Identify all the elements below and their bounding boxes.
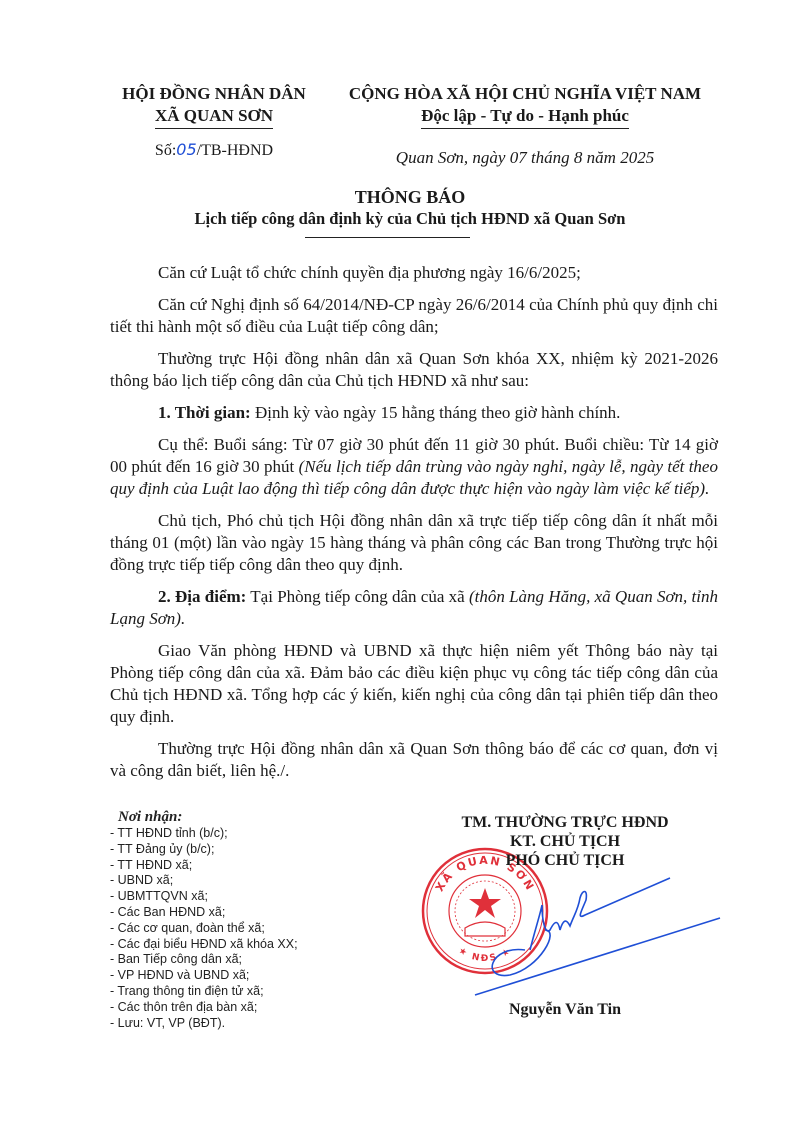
recipient-item: - VP HĐND và UBND xã; (110, 968, 370, 984)
number-suffix: /TB-HĐND (197, 142, 273, 159)
section-text: Tại Phòng tiếp công dân của xã (246, 587, 469, 606)
recipients-title: Nơi nhận: (118, 808, 370, 826)
recipient-item: - TT HĐND xã; (110, 858, 370, 874)
recipient-item: - Các Ban HĐND xã; (110, 905, 370, 921)
recipient-item: - Trang thông tin điện tử xã; (110, 984, 370, 1000)
national-motto: CỘNG HÒA XÃ HỘI CHỦ NGHĨA VIỆT NAM Độc l… (330, 83, 720, 129)
paragraph: Thường trực Hội đồng nhân dân xã Quan Sơ… (110, 738, 718, 782)
document-title: THÔNG BÁO Lịch tiếp công dân định kỳ của… (100, 186, 720, 230)
recipient-item: - Lưu: VT, VP (BĐT). (110, 1016, 370, 1032)
document-body: Căn cứ Luật tổ chức chính quyền địa phươ… (110, 262, 718, 792)
paragraph: Chủ tịch, Phó chủ tịch Hội đồng nhân dân… (110, 510, 718, 576)
section-location: 2. Địa điểm: Tại Phòng tiếp công dân của… (110, 586, 718, 630)
agency-name: HỘI ĐỒNG NHÂN DÂN (108, 83, 320, 105)
recipient-item: - Các cơ quan, đoàn thể xã; (110, 921, 370, 937)
number-prefix: Số: (155, 142, 176, 159)
recipient-item: - Các đại biểu HĐND xã khóa XX; (110, 937, 370, 953)
country-name: CỘNG HÒA XÃ HỘI CHỦ NGHĨA VIỆT NAM (330, 83, 720, 105)
issuing-agency: HỘI ĐỒNG NHÂN DÂN XÃ QUAN SƠN (108, 83, 320, 129)
paragraph: Cụ thể: Buổi sáng: Từ 07 giờ 30 phút đến… (110, 434, 718, 500)
title-divider (305, 237, 470, 238)
agency-commune: XÃ QUAN SƠN (155, 105, 273, 129)
paragraph: Giao Văn phòng HĐND và UBND xã thực hiện… (110, 640, 718, 728)
document-number: Số:05/TB-HĐND (108, 140, 320, 160)
signature-line-2: KT. CHỦ TỊCH (420, 832, 710, 851)
section-time: 1. Thời gian: Định kỳ vào ngày 15 hằng t… (110, 402, 718, 424)
recipient-item: - UBMTTQVN xã; (110, 889, 370, 905)
recipient-item: - TT Đảng ủy (b/c); (110, 842, 370, 858)
signer-name: Nguyễn Văn Tin (420, 1001, 710, 1019)
signature-block: TM. THƯỜNG TRỰC HĐND KT. CHỦ TỊCH PHÓ CH… (420, 813, 710, 870)
paragraph: Căn cứ Luật tổ chức chính quyền địa phươ… (110, 262, 718, 284)
title-sub: Lịch tiếp công dân định kỳ của Chủ tịch … (100, 208, 720, 230)
recipient-item: - UBND xã; (110, 873, 370, 889)
paragraph: Thường trực Hội đồng nhân dân xã Quan Sơ… (110, 348, 718, 392)
recipient-item: - Ban Tiếp công dân xã; (110, 952, 370, 968)
section-text: Định kỳ vào ngày 15 hằng tháng theo giờ … (251, 403, 621, 422)
recipient-item: - TT HĐND tỉnh (b/c); (110, 826, 370, 842)
signature-line-3: PHÓ CHỦ TỊCH (420, 851, 710, 870)
signature-line-1: TM. THƯỜNG TRỰC HĐND (420, 813, 710, 832)
handwritten-signature-icon (470, 860, 730, 1000)
section-label: 2. Địa điểm: (158, 587, 246, 606)
section-label: 1. Thời gian: (158, 403, 251, 422)
recipient-item: - Các thôn trên địa bàn xã; (110, 1000, 370, 1016)
recipients-list: Nơi nhận: - TT HĐND tỉnh (b/c); - TT Đản… (110, 808, 370, 1031)
paragraph: Căn cứ Nghị định số 64/2014/NĐ-CP ngày 2… (110, 294, 718, 338)
motto: Độc lập - Tự do - Hạnh phúc (421, 105, 629, 129)
number-value: 05 (176, 140, 196, 159)
title-main: THÔNG BÁO (100, 186, 720, 208)
place-date: Quan Sơn, ngày 07 tháng 8 năm 2025 (330, 148, 720, 168)
